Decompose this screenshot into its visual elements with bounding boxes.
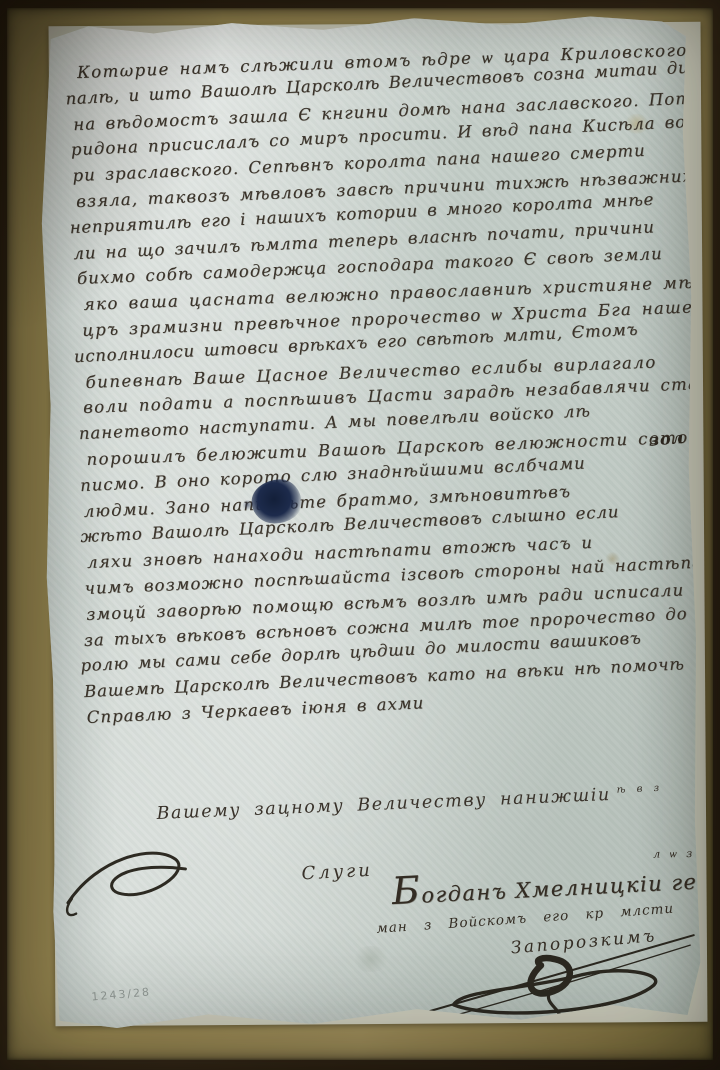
manuscript-paper: Котωрие намъ слѣжили втомъ ѣдре ѡ цара К…: [36, 11, 704, 1033]
pencil-inventory-mark: 1243/28: [91, 985, 152, 1003]
margin-note: зол: [648, 428, 685, 450]
closing-line: Вашему зацному Величеству нанижшiиѣ в з: [156, 783, 660, 824]
closing-text: Вашему зацному Величеству нанижшiи: [156, 785, 611, 824]
manuscript-text-block: Котωрие намъ слѣжили втомъ ѣдре ѡ цара К…: [64, 49, 680, 734]
framed-manuscript-photo: Котωрие намъ слѣжили втомъ ѣдре ѡ цара К…: [0, 0, 720, 1070]
paper-stain: [351, 946, 391, 973]
left-flourish-icon: [57, 838, 238, 931]
salutation: Слуги: [301, 860, 373, 885]
closing-superscript: ѣ в з: [616, 783, 660, 796]
